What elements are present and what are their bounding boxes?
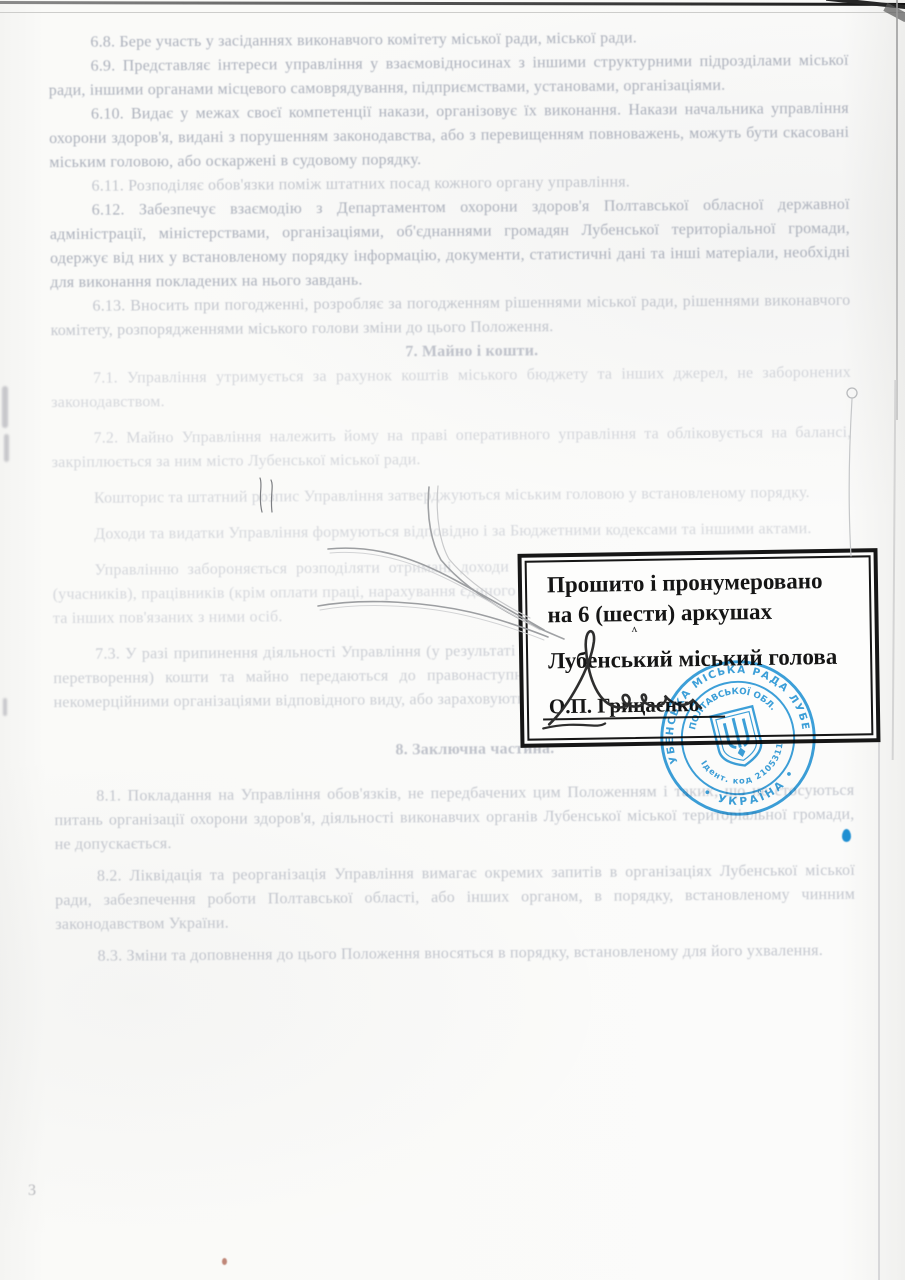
ink-dot [842, 829, 851, 842]
edge-smudge [3, 698, 7, 716]
scan-edge-right-lower [892, 380, 897, 760]
scan-edge-right [896, 0, 898, 420]
paragraph: 6.13. Вносить при погодженні, розробляє … [50, 289, 850, 343]
paragraph: 8.2. Ліквідація та реорганізація Управлі… [55, 859, 856, 937]
scan-edge-top-secondary [0, 12, 905, 13]
paragraph: 8.3. Зміни та доповнення до цього Положе… [55, 939, 855, 969]
paragraph: 6.10. Видає у межах своєї компетенції на… [49, 97, 850, 175]
edge-smudge [2, 386, 8, 428]
certification-line-1: Прошито і пронумеровано [547, 568, 823, 598]
page-number: 3 [28, 1182, 36, 1200]
official-seal: ЛУБЕНСЬКА МІСЬКА РАДА ЛУБЕН • УКРАЇНА • … [652, 654, 824, 822]
svg-text:ЛУБЕНСЬКА МІСЬКА РАДА ЛУБЕН: ЛУБЕНСЬКА МІСЬКА РАДА ЛУБЕН [652, 654, 812, 766]
paragraph: 7.2. Майно Управління належить йому на п… [51, 421, 851, 475]
paper-speck [222, 1258, 227, 1265]
seal-outer-ring-text: ЛУБЕНСЬКА МІСЬКА РАДА ЛУБЕН [652, 654, 812, 766]
paragraph: 6.9. Представляє інтереси управління у в… [48, 49, 848, 103]
scan-edge-top [0, 1, 905, 6]
paragraph: 6.12. Забезпечує взаємодію з Департамент… [50, 193, 851, 295]
paragraph: Доходи та видатки Управління формуються … [52, 517, 852, 547]
scanned-document-page: 6.8. Бере участь у засіданнях виконавчог… [0, 0, 905, 1280]
paper-crease [878, 742, 880, 1280]
edge-smudge [4, 434, 9, 462]
paragraph: 7.1. Управління утримується за рахунок к… [51, 361, 851, 415]
paragraph: Кошторис та штатний розпис Управління за… [52, 481, 852, 511]
document-text: 6.8. Бере участь у засіданнях виконавчог… [48, 25, 855, 977]
trident-icon [711, 706, 766, 770]
